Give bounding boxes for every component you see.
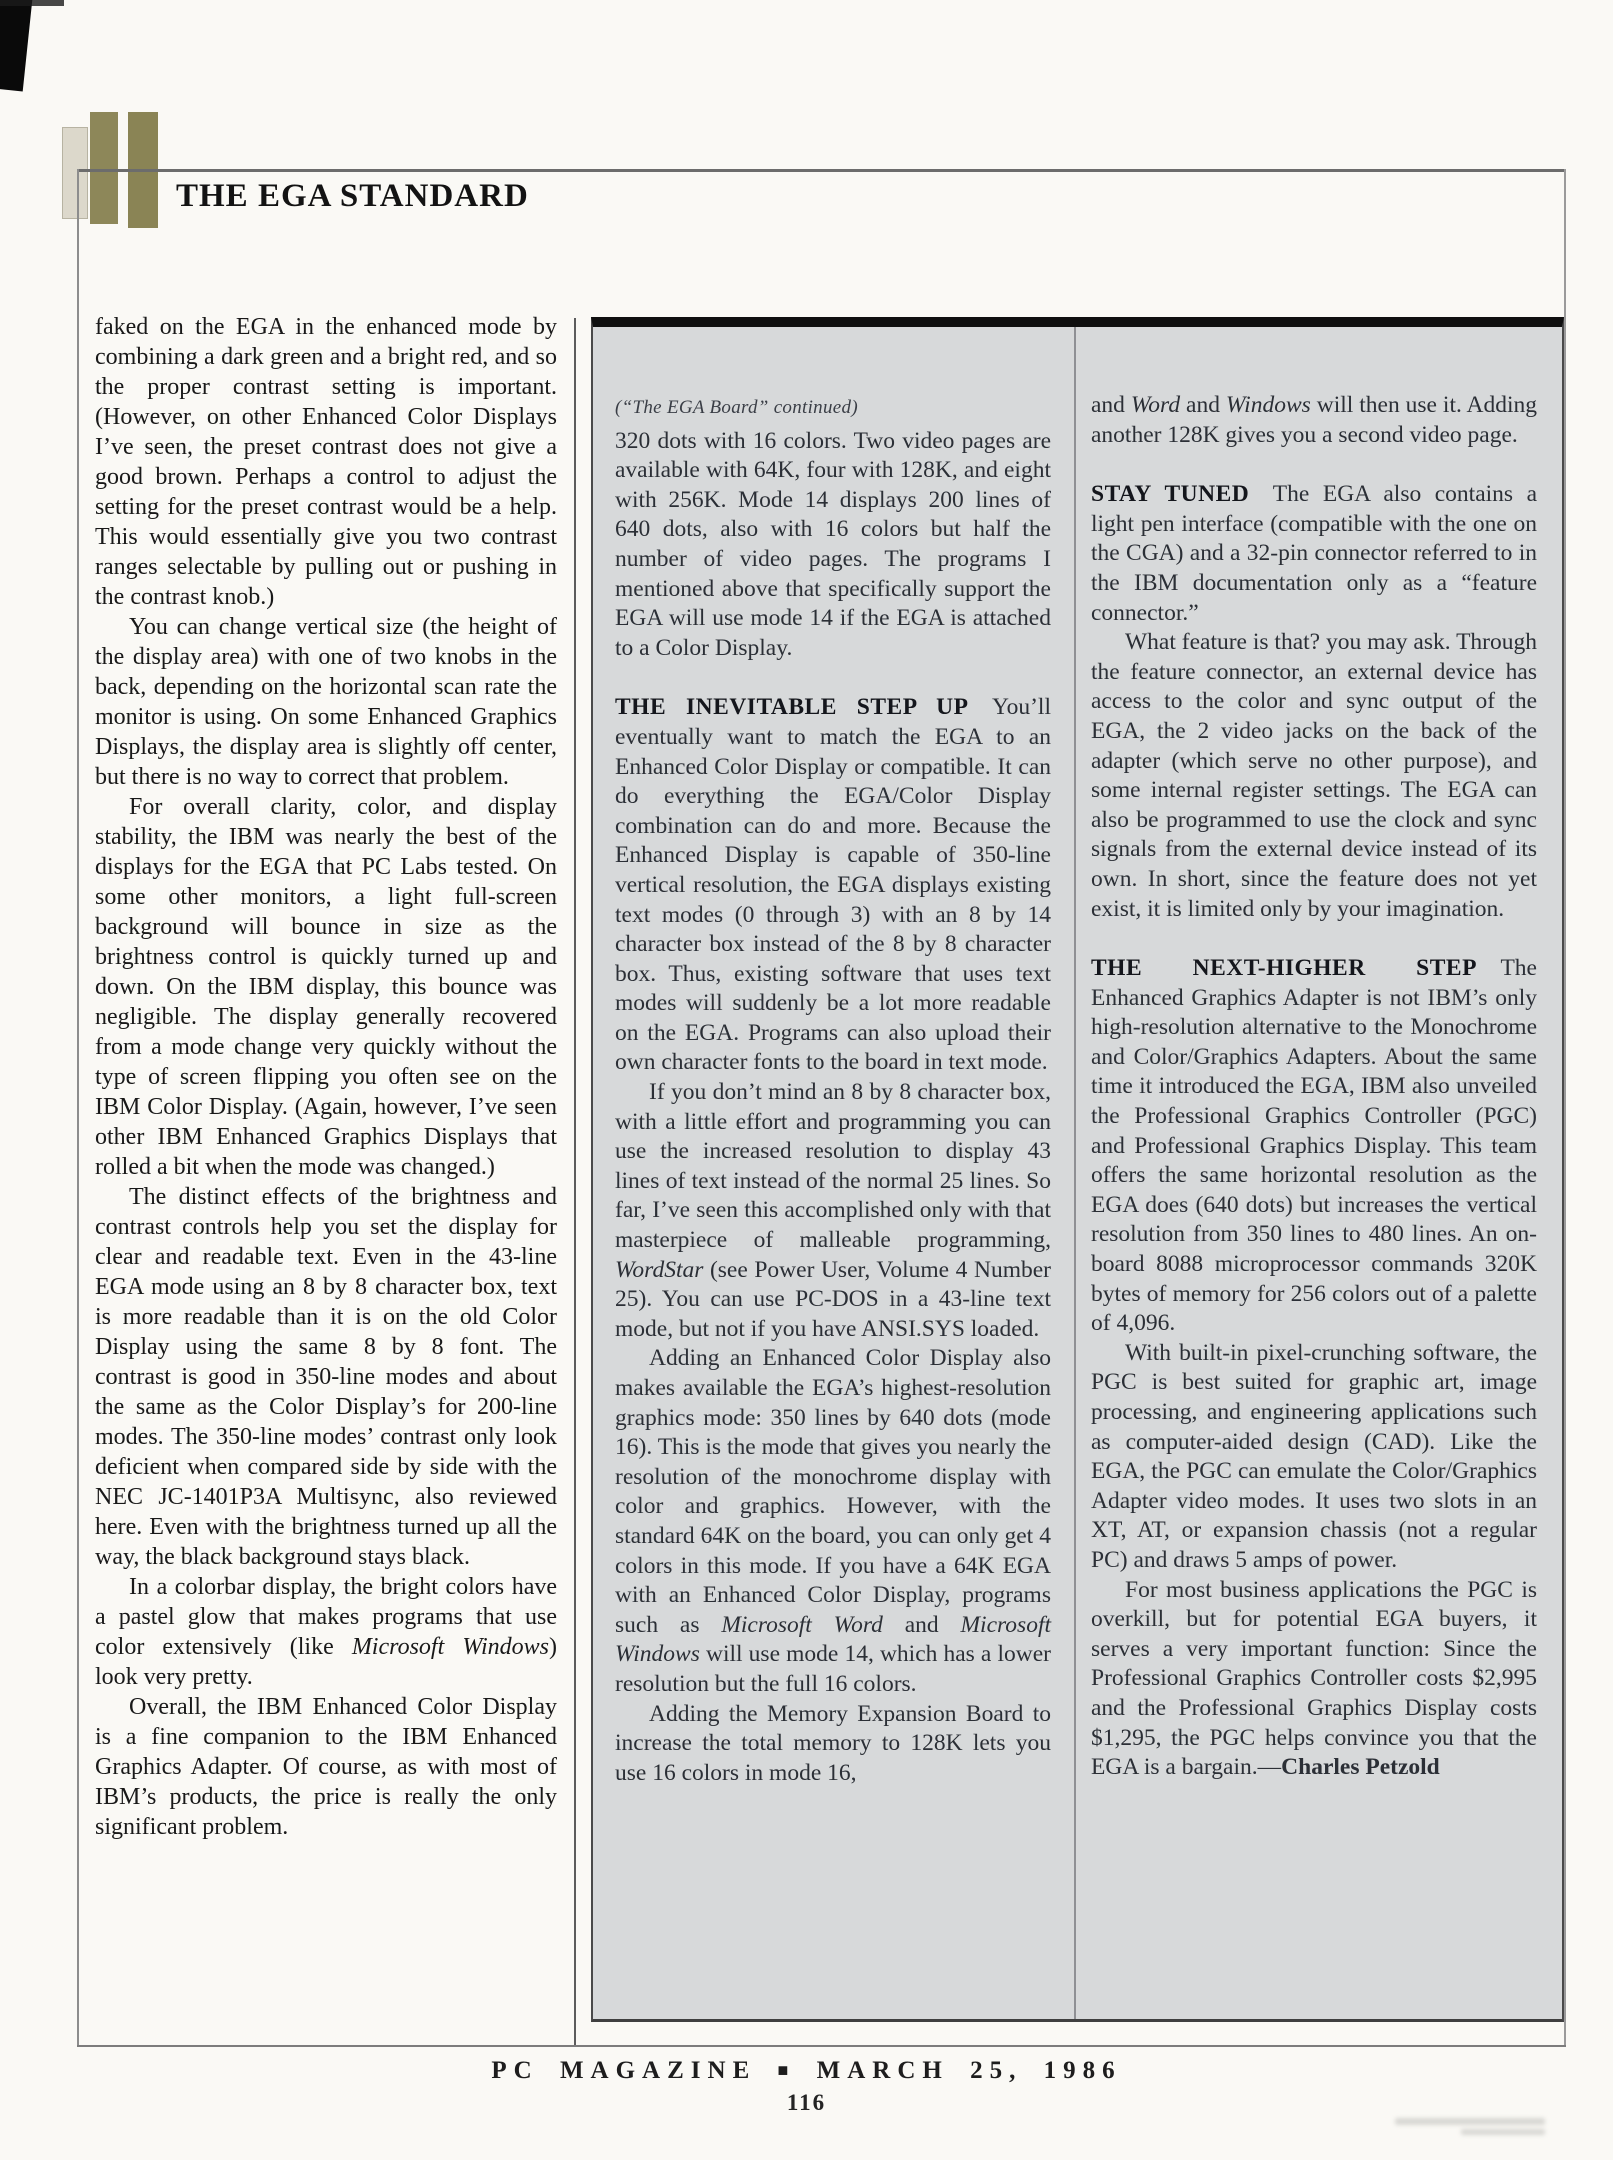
header-rule (78, 169, 1566, 172)
footer-folio: PC MAGAZINE ■ MARCH 25, 1986 (0, 2057, 1613, 2085)
footer-magazine-name: PC MAGAZINE (491, 2057, 756, 2084)
section-heading: THE INEVITABLE STEP UP (615, 694, 968, 720)
ega-board-sidebar-box: (“The EGA Board” continued) 320 dots wit… (591, 317, 1564, 2022)
paragraph: For overall clarity, color, and display … (95, 792, 557, 1182)
continued-note: (“The EGA Board” continued) (615, 393, 1051, 423)
paragraph: and Word and Windows will then use it. A… (1091, 391, 1537, 450)
scan-watermark-line (1395, 2118, 1545, 2125)
paragraph: For most business applications the PGC i… (1091, 1576, 1537, 1783)
page-number: 116 (0, 2090, 1613, 2116)
paragraph: 320 dots with 16 colors. Two video pages… (615, 427, 1051, 664)
paragraph: If you don’t mind an 8 by 8 character bo… (615, 1078, 1051, 1344)
paragraph: THE NEXT-HIGHER STEP The Enhanced Graphi… (1091, 954, 1537, 1339)
footer-issue-date: MARCH 25, 1986 (817, 2057, 1122, 2084)
sidebar-right-column: and Word and Windows will then use it. A… (1091, 391, 1537, 1783)
paragraph: Adding the Memory Expansion Board to inc… (615, 1700, 1051, 1789)
paragraph: THE INEVITABLE STEP UP You’ll eventually… (615, 693, 1051, 1078)
page-frame-left (77, 169, 79, 2047)
section-heading: STAY TUNED (1091, 481, 1249, 507)
magazine-page-scan: { "header": { "title": "THE EGA STANDARD… (0, 0, 1613, 2160)
page-title: THE EGA STANDARD (176, 178, 529, 215)
header-accent-bar-light (62, 127, 88, 219)
sidebar-column-divider (1074, 327, 1076, 2019)
paragraph: faked on the EGA in the enhanced mode by… (95, 312, 557, 612)
scan-watermark (1395, 2116, 1565, 2138)
sidebar-middle-column: (“The EGA Board” continued) 320 dots wit… (615, 393, 1051, 1788)
column-divider-rule (574, 318, 576, 2045)
scan-corner-artifact (0, 0, 33, 92)
header-accent-bar-1 (90, 112, 118, 224)
page-frame-bottom (77, 2045, 1566, 2047)
paragraph: The distinct effects of the brightness a… (95, 1182, 557, 1572)
paragraph: What feature is that? you may ask. Throu… (1091, 628, 1537, 924)
paragraph: STAY TUNED The EGA also contains a light… (1091, 480, 1537, 628)
left-article-column: faked on the EGA in the enhanced mode by… (95, 312, 557, 1842)
scan-edge-artifact (0, 0, 64, 6)
paragraph: Adding an Enhanced Color Display also ma… (615, 1344, 1051, 1699)
scan-watermark-line (1461, 2129, 1545, 2135)
paragraph: You can change vertical size (the height… (95, 612, 557, 792)
sidebar-middle-column-text: 320 dots with 16 colors. Two video pages… (615, 427, 1051, 1789)
paragraph: In a colorbar display, the bright colors… (95, 1572, 557, 1692)
paragraph: With built-in pixel-crunching software, … (1091, 1339, 1537, 1576)
paragraph: Overall, the IBM Enhanced Color Display … (95, 1692, 557, 1842)
page-frame-right (1564, 169, 1566, 2047)
section-heading: THE NEXT-HIGHER STEP (1091, 955, 1477, 981)
footer-square-bullet-icon: ■ (778, 2060, 796, 2080)
